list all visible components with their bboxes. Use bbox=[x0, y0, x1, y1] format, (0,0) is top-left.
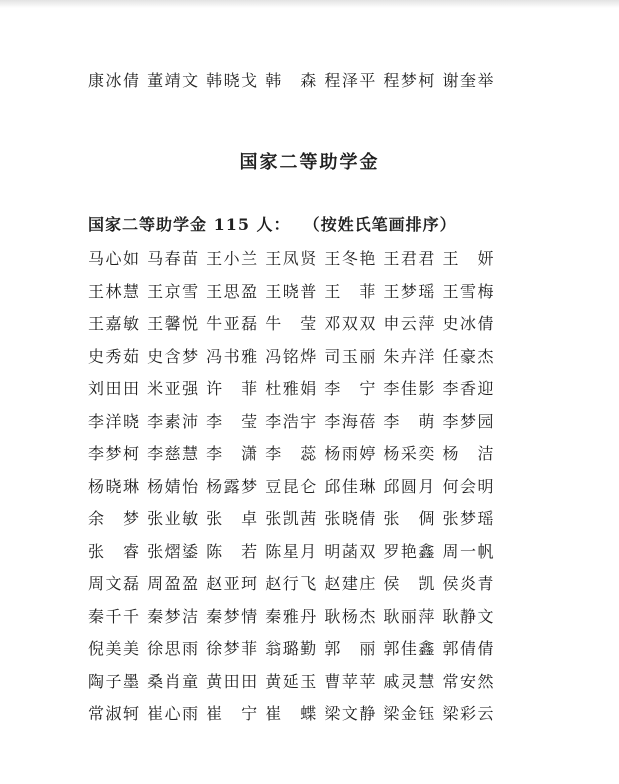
name-row: 李洋晓 李素沛 李 莹 李浩宇 李海蓓 李 萌 李梦园 bbox=[88, 411, 589, 432]
name-row: 王嘉敏 王馨悦 牛亚磊 牛 莹 邓双双 申云萍 史冰倩 bbox=[88, 313, 589, 334]
name-row: 王林慧 王京雪 王思盈 王晓普 王 菲 王梦瑶 王雪梅 bbox=[88, 281, 589, 302]
name-row: 余 梦 张业敏 张 卓 张凯茜 张晓倩 张 倜 张梦瑶 bbox=[88, 508, 589, 529]
page-top-edge bbox=[0, 0, 619, 8]
name-row: 杨晓琳 杨婧怡 杨露梦 豆昆仑 邱佳琳 邱圆月 何会明 bbox=[88, 476, 589, 497]
name-row: 刘田田 米亚强 许 菲 杜雅娟 李 宁 李佳影 李香迎 bbox=[88, 378, 589, 399]
name-row: 史秀茹 史含梦 冯书雅 冯铭烨 司玉丽 朱卉洋 任豪杰 bbox=[88, 346, 589, 367]
name-row: 周文磊 周盈盈 赵亚珂 赵行飞 赵建庄 侯 凯 侯炎青 bbox=[88, 573, 589, 594]
document-page: 康冰倩 董靖文 韩晓戈 韩 森 程泽平 程梦柯 谢奎举 国家二等助学金 国家二等… bbox=[0, 0, 619, 784]
name-row: 秦千千 秦梦洁 秦梦情 秦雅丹 耿杨杰 耿丽萍 耿静文 bbox=[88, 606, 589, 627]
name-row: 马心如 马春苗 王小兰 王凤贤 王冬艳 王君君 王 妍 bbox=[88, 248, 589, 269]
name-row: 陶子墨 桑肖童 黄田田 黄延玉 曹苹苹 戚灵慧 常安然 bbox=[88, 671, 589, 692]
name-row: 常淑轲 崔心雨 崔 宁 崔 蝶 梁文静 梁金钰 梁彩云 bbox=[88, 703, 589, 724]
name-row: 张 睿 张熠鋈 陈 若 陈星月 明菡双 罗艳鑫 周一帆 bbox=[88, 541, 589, 562]
section-title: 国家二等助学金 bbox=[0, 148, 619, 174]
previous-section-names-line: 康冰倩 董靖文 韩晓戈 韩 森 程泽平 程梦柯 谢奎举 bbox=[88, 68, 579, 91]
list-heading: 国家二等助学金 115 人： （按姓氏笔画排序） bbox=[88, 212, 589, 235]
name-list: 马心如 马春苗 王小兰 王凤贤 王冬艳 王君君 王 妍 王林慧 王京雪 王思盈 … bbox=[88, 248, 589, 736]
name-row: 倪美美 徐思雨 徐梦菲 翁璐勤 郭 丽 郭佳鑫 郭倩倩 bbox=[88, 638, 589, 659]
name-row: 李梦柯 李慈慧 李 潇 李 蕊 杨雨婷 杨采奕 杨 洁 bbox=[88, 443, 589, 464]
